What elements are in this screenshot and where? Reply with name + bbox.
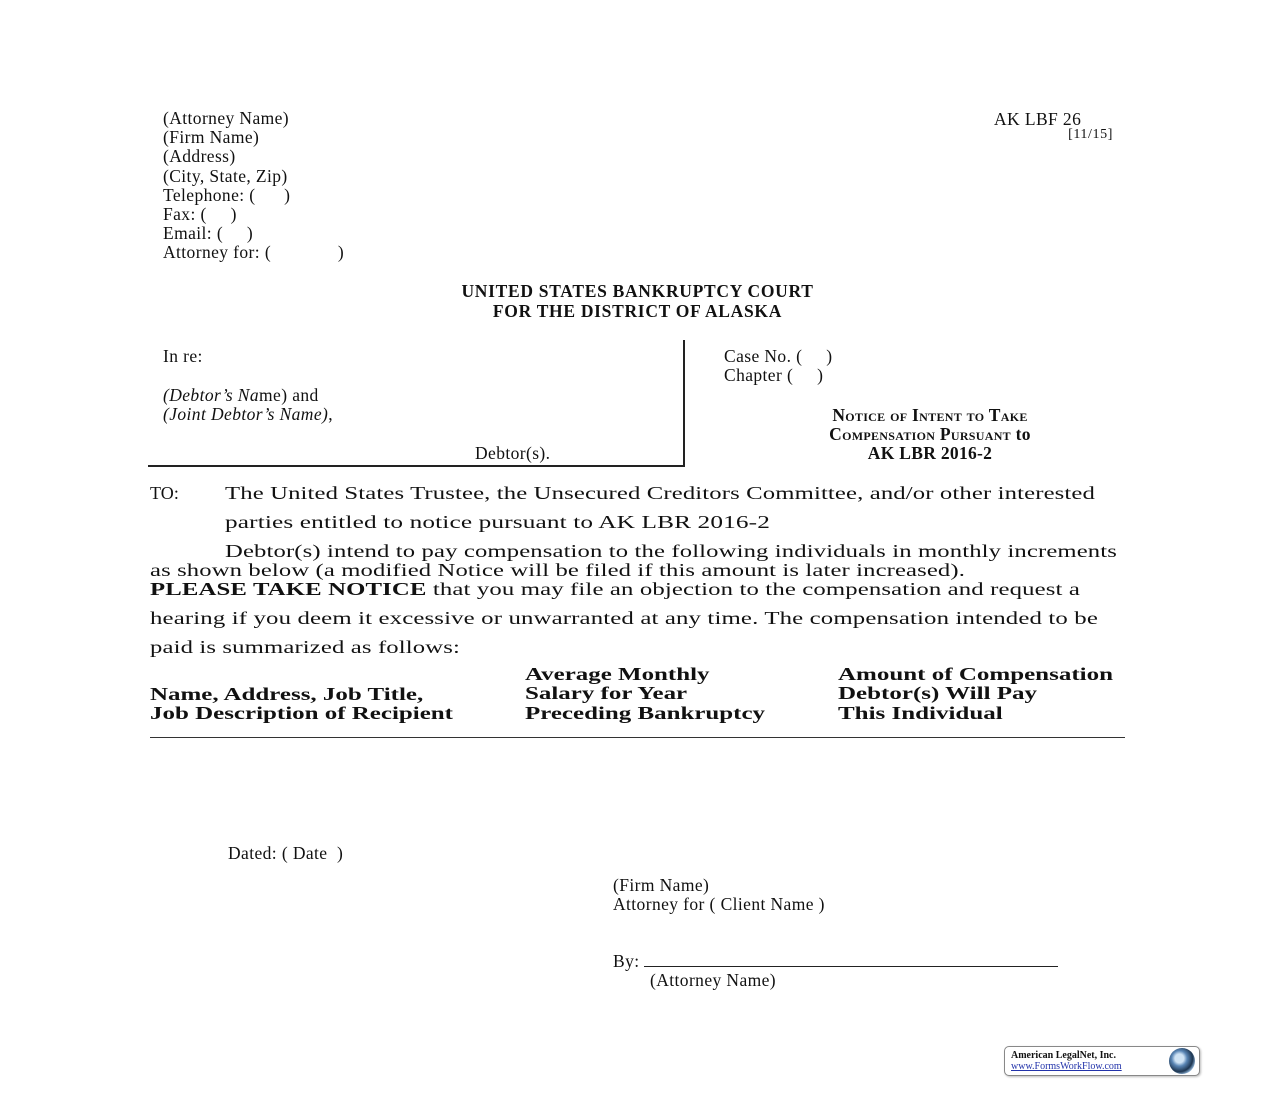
telephone-field: Telephone: ( ): [163, 186, 344, 205]
attorney-for-field: Attorney for: ( ): [163, 243, 344, 262]
form-revision: [11/15]: [1068, 127, 1113, 143]
column-header-compensation: Amount of Compensation Debtor(s) Will Pa…: [838, 665, 1113, 723]
notice-paragraph-line1: PLEASE TAKE NOTICE that you may file an …: [150, 579, 1080, 600]
to-recipients-line1: The United States Trustee, the Unsecured…: [225, 483, 1095, 504]
case-number: Case No. ( ): [724, 347, 832, 366]
court-title: UNITED STATES BANKRUPTCY COURT FOR THE D…: [0, 282, 1275, 321]
notice-title-line3: AK LBR 2016-2: [720, 444, 1140, 463]
dated-field: Dated: ( Date ): [228, 844, 343, 863]
debtor-name-line: (Debtor’s Name) and: [163, 386, 333, 405]
city-state-zip-field: (City, State, Zip): [163, 167, 344, 186]
signature-attorney-for: Attorney for ( Client Name ): [613, 895, 825, 914]
signature-line: [644, 952, 1058, 967]
intent-paragraph-line2: as shown below (a modified Notice will b…: [150, 560, 965, 581]
notice-paragraph-line3: paid is summarized as follows:: [150, 637, 460, 658]
to-recipients-line2: parties entitled to notice pursuant to A…: [225, 512, 770, 533]
email-field: Email: ( ): [163, 224, 344, 243]
joint-debtor-name-line: (Joint Debtor’s Name),: [163, 405, 333, 424]
to-label: TO:: [150, 483, 179, 504]
debtor-names: (Debtor’s Name) and (Joint Debtor’s Name…: [163, 386, 333, 424]
notice-title-line1: Notice of Intent to Take: [720, 406, 1140, 425]
intent-paragraph-line1: Debtor(s) intend to pay compensation to …: [225, 541, 1117, 562]
firm-name-field: (Firm Name): [163, 128, 344, 147]
caption-divider-vertical: [683, 340, 685, 467]
notice-paragraph-line2: hearing if you deem it excessive or unwa…: [150, 608, 1098, 629]
column-header-average-salary: Average Monthly Salary for Year Precedin…: [525, 665, 765, 723]
signature-firm-name: (Firm Name): [613, 876, 825, 895]
publisher-link[interactable]: www.FormsWorkFlow.com: [1011, 1061, 1122, 1072]
debtor-name: (Debtor’s Na: [163, 385, 259, 405]
signature-attorney-name: (Attorney Name): [650, 971, 776, 990]
notice-title-line2: Compensation Pursuant to: [720, 425, 1140, 444]
joint-debtor-name: (Joint Debtor’s Name): [163, 404, 328, 424]
in-re-label: In re:: [163, 347, 203, 366]
table-header-rule: [150, 737, 1125, 738]
take-notice-emphasis: PLEASE TAKE NOTICE: [150, 579, 427, 599]
column-header-recipient: Name, Address, Job Title, Job Descriptio…: [150, 685, 453, 724]
fax-field: Fax: ( ): [163, 205, 344, 224]
caption-divider-horizontal: [148, 465, 685, 467]
attorney-info-block: (Attorney Name) (Firm Name) (Address) (C…: [163, 109, 344, 263]
address-field: (Address): [163, 147, 344, 166]
publisher-name: American LegalNet, Inc.: [1011, 1050, 1116, 1061]
debtors-label: Debtor(s).: [475, 444, 550, 463]
notice-title: Notice of Intent to Take Compensation Pu…: [720, 406, 1140, 464]
attorney-name-field: (Attorney Name): [163, 109, 344, 128]
case-info: Case No. ( ) Chapter ( ): [724, 347, 832, 385]
publisher-badge[interactable]: American LegalNet, Inc. www.FormsWorkFlo…: [1004, 1046, 1200, 1076]
signature-firm-block: (Firm Name) Attorney for ( Client Name ): [613, 876, 825, 914]
court-title-line1: UNITED STATES BANKRUPTCY COURT: [0, 282, 1275, 302]
globe-logo-icon: [1169, 1048, 1195, 1074]
court-title-line2: FOR THE DISTRICT OF ALASKA: [0, 302, 1275, 322]
signature-by-line: By:: [613, 952, 1058, 971]
chapter: Chapter ( ): [724, 366, 832, 385]
